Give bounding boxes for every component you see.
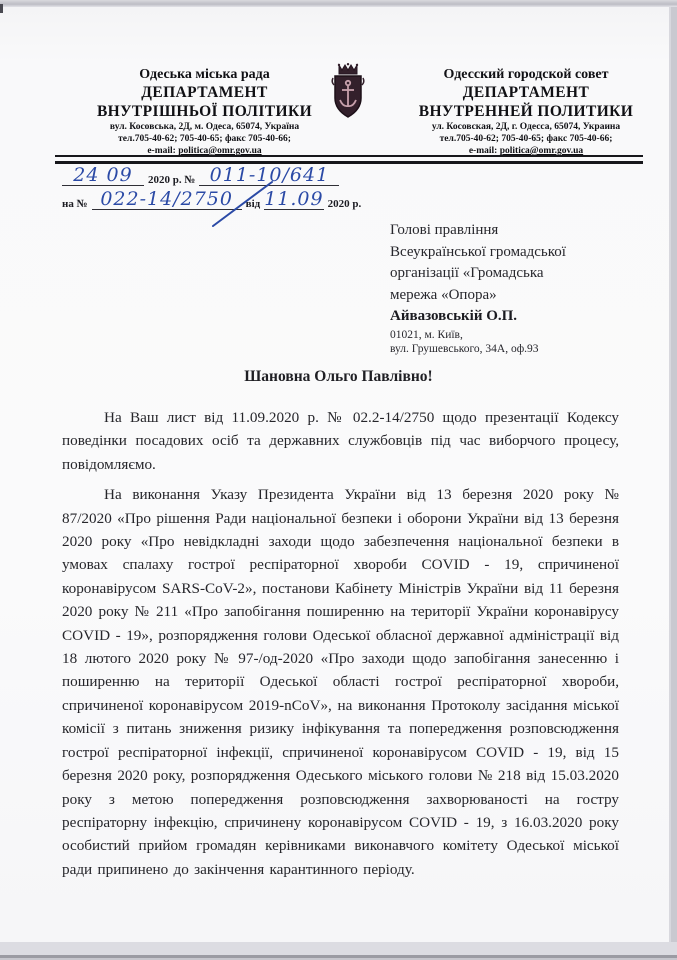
org-phones-ru: тел.705-40-62; 705-40-65; факс 705-40-66… xyxy=(392,133,660,145)
scan-corner-artifact xyxy=(0,4,3,13)
org-phones-uk: тел.705-40-62; 705-40-65; факс 705-40-66… xyxy=(52,133,357,145)
reply-to-label: на № xyxy=(62,198,92,210)
org-address-ru: ул. Косовская, 2Д, г. Одесса, 65074, Укр… xyxy=(392,121,660,133)
from-year-label: 2020 р. xyxy=(324,198,366,210)
org-name-ru: Одесский городской совет xyxy=(392,66,660,83)
outgoing-year-label: 2020 р. № xyxy=(144,174,199,186)
incoming-number-field: 022-14/2750 xyxy=(92,190,242,210)
salutation: Шановна Ольго Павлівно! xyxy=(0,368,677,386)
dept-line2-ru: ВНУТРЕННЕЙ ПОЛИТИКИ xyxy=(392,102,660,121)
header-divider-rule xyxy=(55,155,643,164)
recipient-line: Голові правління xyxy=(390,220,566,242)
scan-bottom-band xyxy=(0,942,677,955)
header-org-russian: Одесский городской совет ДЕПАРТАМЕНТ ВНУ… xyxy=(392,66,660,157)
incoming-date-field: 11.09 xyxy=(264,190,323,210)
outgoing-number-field: 011-10/641 xyxy=(199,166,339,186)
recipient-line: Всеукраїнської громадської xyxy=(390,242,566,264)
recipient-line: організації «Громадська xyxy=(390,263,566,285)
recipient-block: Голові правління Всеукраїнської громадсь… xyxy=(390,220,566,357)
recipient-name: Айвазовській О.П. xyxy=(390,306,566,328)
scanned-letter-page: Одеська міська рада ДЕПАРТАМЕНТ ВНУТРІШН… xyxy=(0,0,677,960)
reference-numbers-block: 24 09 2020 р. № 011-10/641 на № 022-14/2… xyxy=(62,166,392,214)
org-address-uk: вул. Косовська, 2Д, м. Одеса, 65074, Укр… xyxy=(52,121,357,133)
body-paragraph-1: На Ваш лист від 11.09.2020 р. № 02.2-14/… xyxy=(62,406,619,476)
org-name-uk: Одеська міська рада xyxy=(52,66,357,83)
recipient-postal-line: 01021, м. Київ, xyxy=(390,328,566,343)
letter-body: На Ваш лист від 11.09.2020 р. № 02.2-14/… xyxy=(62,406,619,888)
outgoing-date-handwritten: 24 09 xyxy=(73,164,132,186)
dept-line1-ru: ДЕПАРТАМЕНТ xyxy=(392,83,660,102)
body-paragraph-2: На виконання Указу Президента України ві… xyxy=(62,483,619,881)
dept-line2-uk: ВНУТРІШНЬОЇ ПОЛІТИКИ xyxy=(52,102,357,121)
odesa-coat-of-arms-icon xyxy=(330,62,366,120)
recipient-line: мережа «Опора» xyxy=(390,285,566,307)
from-label: від xyxy=(242,198,265,210)
incoming-reference-line: на № 022-14/2750 від 11.09 2020 р. xyxy=(62,190,392,210)
outgoing-reference-line: 24 09 2020 р. № 011-10/641 xyxy=(62,166,392,186)
outgoing-number-handwritten: 011-10/641 xyxy=(210,164,330,186)
incoming-number-handwritten: 022-14/2750 xyxy=(100,188,233,210)
recipient-street-line: вул. Грушевського, 34А, оф.93 xyxy=(390,342,566,357)
scan-top-edge xyxy=(0,0,677,7)
dept-line1-uk: ДЕПАРТАМЕНТ xyxy=(52,83,357,102)
header-org-ukrainian: Одеська міська рада ДЕПАРТАМЕНТ ВНУТРІШН… xyxy=(52,66,357,157)
incoming-date-handwritten: 11.09 xyxy=(264,188,323,210)
outgoing-date-field: 24 09 xyxy=(62,166,144,186)
